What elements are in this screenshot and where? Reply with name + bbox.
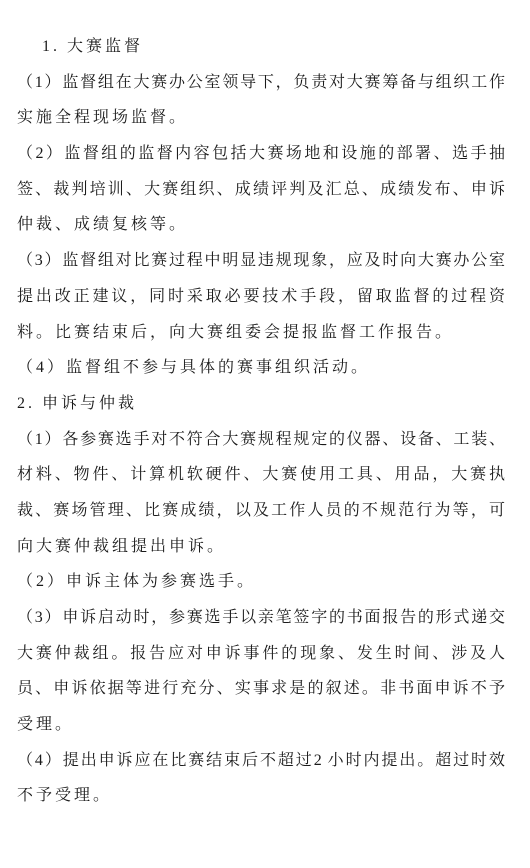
text-line: （2）监督组的监督内容包括大赛场地和设施的部署、选手抽 (17, 136, 505, 172)
text-line: 员、申诉依据等进行充分、实事求是的叙述。非书面申诉不予 (17, 671, 505, 707)
text-line: 实施全程现场监督。 (17, 100, 505, 136)
text-line: 大赛仲裁组。报告应对申诉事件的现象、发生时间、涉及人 (17, 636, 505, 672)
text-line: 材料、物件、计算机软硬件、大赛使用工具、用品，大赛执 (17, 457, 505, 493)
text-line: 受理。 (17, 707, 505, 743)
document-page: 1. 大赛监督 （1）监督组在大赛办公室领导下，负责对大赛筹备与组织工作 实施全… (0, 0, 530, 868)
heading-appeal-arbitration: 2. 申诉与仲裁 (17, 386, 505, 422)
text-line: （4）监督组不参与具体的赛事组织活动。 (17, 350, 505, 386)
text-line: 仲裁、成绩复核等。 (17, 207, 505, 243)
text-line: 签、裁判培训、大赛组织、成绩评判及汇总、成绩发布、申诉 (17, 172, 505, 208)
text-line: （2）申诉主体为参赛选手。 (17, 564, 505, 600)
text-line: （3）监督组对比赛过程中明显违规现象，应及时向大赛办公室 (17, 243, 505, 279)
text-line: 不予受理。 (17, 778, 505, 814)
heading-competition-supervision: 1. 大赛监督 (17, 29, 505, 65)
text-line: 料。比赛结束后，向大赛组委会提报监督工作报告。 (17, 315, 505, 351)
text-line: 提出改正建议，同时采取必要技术手段，留取监督的过程资 (17, 279, 505, 315)
text-line: （3）申诉启动时，参赛选手以亲笔签字的书面报告的形式递交 (17, 600, 505, 636)
text-line: （1）各参赛选手对不符合大赛规程规定的仪器、设备、工装、 (17, 422, 505, 458)
text-line: 向大赛仲裁组提出申诉。 (17, 529, 505, 565)
text-line: 裁、赛场管理、比赛成绩，以及工作人员的不规范行为等，可 (17, 493, 505, 529)
text-line: （1）监督组在大赛办公室领导下，负责对大赛筹备与组织工作 (17, 65, 505, 101)
text-line: （4）提出申诉应在比赛结束后不超过2 小时内提出。超过时效 (17, 743, 505, 779)
